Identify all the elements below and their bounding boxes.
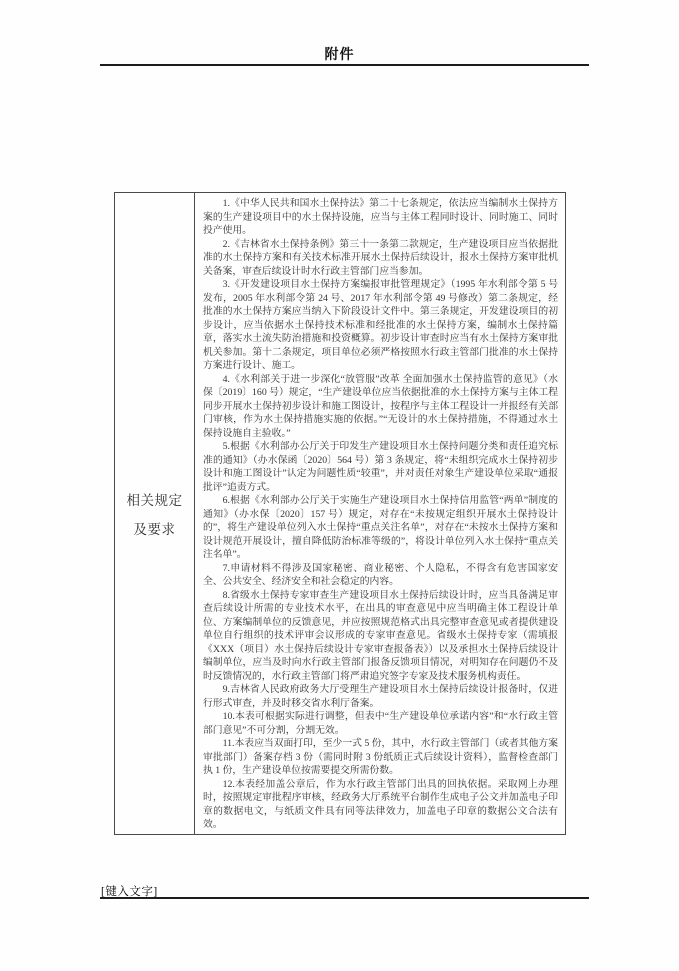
- regulation-paragraph-11: 11.本表应当双面打印，至少一式 5 份，其中，水行政主管部门（或者其他方案审批…: [203, 737, 558, 778]
- regulation-paragraph-10: 10.本表可根据实际进行调整，但表中“生产建设单位承诺内容”和“水行政主管部门意…: [203, 710, 558, 737]
- footer-rule: [100, 897, 589, 899]
- regulation-paragraph-9: 9.吉林省人民政府政务大厅受理生产建设项目水土保持后续设计报备时，仅进行形式审查…: [203, 683, 558, 710]
- regulation-paragraph-3: 3.《开发建设项目水土保持方案编报审批管理规定》（1995 年水利部令第 5 号…: [203, 278, 558, 373]
- regulation-paragraph-4: 4.《水利部关于进一步深化“放管服”改革 全面加强水土保持监管的意见》（水保〔2…: [203, 373, 558, 441]
- document-page: 附件 相关规定 及要求 1.《中华人民共和国水土保持法》第二十七条规定，依法应当…: [0, 0, 679, 971]
- regulation-paragraph-2: 2.《吉林省水土保持条例》第三十一条第二款规定，生产建设项目应当依据批准的水土保…: [203, 238, 558, 279]
- attachment-title: 附件: [0, 44, 679, 64]
- regulation-paragraph-12: 12.本表经加盖公章后，作为水行政主管部门出具的回执依据。采取网上办理时，按照规…: [203, 778, 558, 832]
- header-rule: [100, 64, 589, 66]
- label-line-1: 相关规定: [127, 489, 183, 509]
- regulation-paragraph-6: 6.根据《水利部办公厅关于实施生产建设项目水土保持信用监管“两单”制度的通知》（…: [203, 494, 558, 562]
- regulation-paragraph-1: 1.《中华人民共和国水土保持法》第二十七条规定，依法应当编制水土保持方案的生产建…: [203, 197, 558, 238]
- content-cell: 1.《中华人民共和国水土保持法》第二十七条规定，依法应当编制水土保持方案的生产建…: [195, 193, 565, 834]
- regulation-paragraph-8: 8.省级水土保持专家审查生产建设项目水土保持后续设计时，应当具备满足审查后续设计…: [203, 589, 558, 684]
- regulation-paragraph-7: 7.申请材料不得涉及国家秘密、商业秘密、个人隐私，不得含有危害国家安全、公共安全…: [203, 562, 558, 589]
- label-cell: 相关规定 及要求: [115, 193, 195, 834]
- regulations-table: 相关规定 及要求 1.《中华人民共和国水土保持法》第二十七条规定，依法应当编制水…: [114, 192, 566, 835]
- label-line-2: 及要求: [134, 518, 176, 538]
- regulation-paragraph-5: 5.根据《水利部办公厅关于印发生产建设项目水土保持问题分类和责任追究标准的通知》…: [203, 440, 558, 494]
